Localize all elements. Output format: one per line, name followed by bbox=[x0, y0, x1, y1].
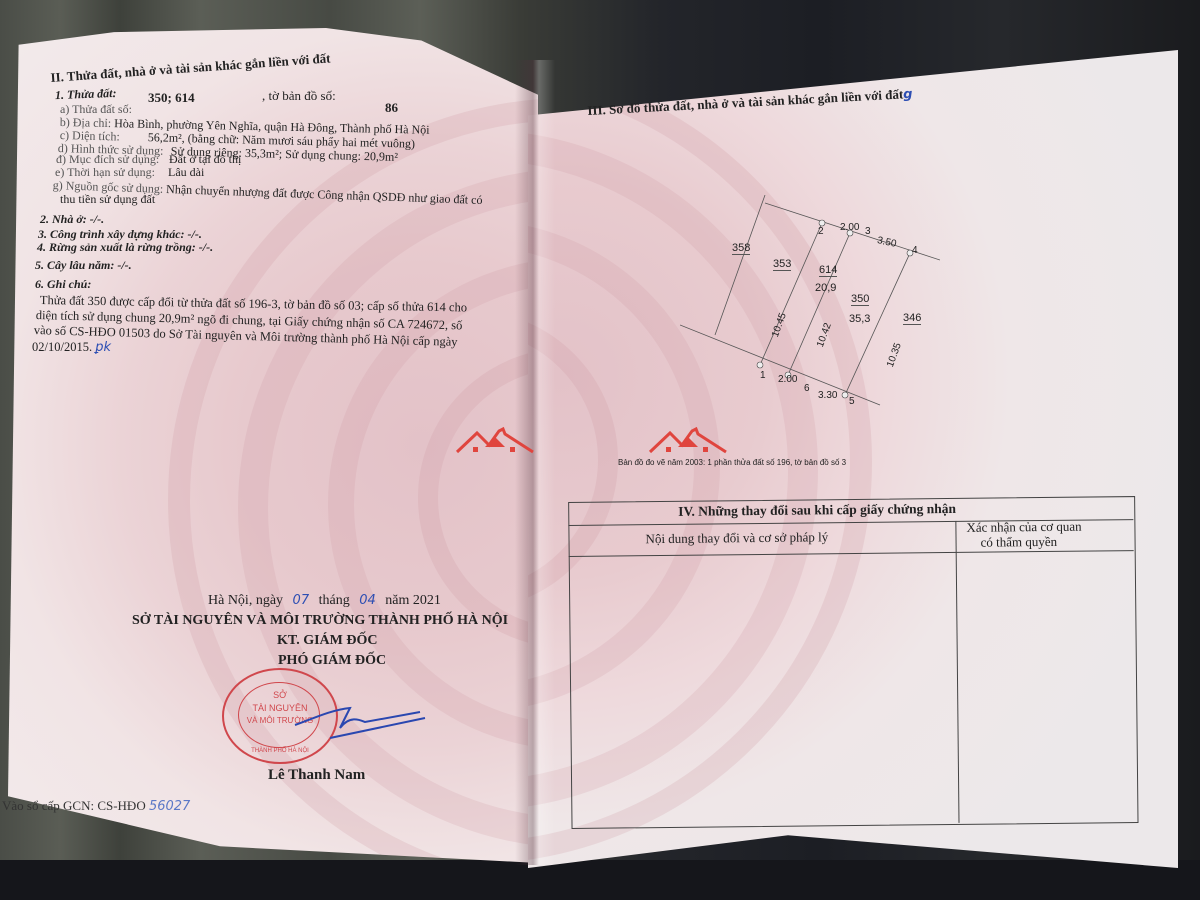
vertex-2-label: 2 bbox=[818, 226, 824, 237]
house-roof-logo-icon bbox=[455, 425, 535, 455]
edge-6-5-length: 3.30 bbox=[818, 390, 837, 401]
table-col1-header: Nội dung thay đổi và cơ sở pháp lý bbox=[645, 529, 828, 547]
parcel-350-label: 350 bbox=[851, 293, 869, 306]
stamp-bottom-text: THÀNH PHỐ HÀ NỘI bbox=[224, 748, 336, 754]
handwritten-initials: ꝑk bbox=[95, 340, 111, 355]
vertex-1-label: 1 bbox=[760, 370, 766, 381]
vertex-6-label: 6 bbox=[804, 383, 810, 394]
origin-value-2: thu tiền sử dụng đất bbox=[60, 192, 155, 207]
table-title: IV. Những thay đổi sau khi cấp giấy chứn… bbox=[678, 501, 956, 520]
background-floor bbox=[0, 860, 1200, 900]
parcel-614-area: 20,9 bbox=[815, 282, 836, 294]
registry-number: 56027 bbox=[149, 799, 190, 814]
date-month: 04 bbox=[359, 593, 376, 608]
note-date: 02/10/2015. bbox=[32, 340, 92, 354]
map-sheet-label: , tờ bản đồ số: bbox=[262, 88, 336, 104]
edge-2-3-length: 2.00 bbox=[840, 222, 859, 233]
parcel-value: 350; 614 bbox=[148, 90, 195, 106]
item6-notes-title: 6. Ghi chú: bbox=[35, 277, 91, 292]
item1-title: 1. Thửa đất: bbox=[55, 86, 117, 103]
note-line-4: 02/10/2015. ꝑk bbox=[32, 340, 111, 355]
term-value: Lâu dài bbox=[168, 165, 204, 179]
item2-house: 2. Nhà ở: -/-. bbox=[40, 212, 104, 227]
parcel-353-label: 353 bbox=[773, 258, 791, 271]
signer-name: Lê Thanh Nam bbox=[268, 767, 365, 784]
parcel-diagram bbox=[680, 195, 940, 435]
signer-title-1: KT. GIÁM ĐỐC bbox=[277, 633, 377, 649]
vertex-3-label: 3 bbox=[865, 226, 871, 237]
parcel-346-label: 346 bbox=[903, 312, 921, 325]
purpose-value: Đất ở tại đô thị bbox=[169, 152, 241, 166]
table-col2-header-2: có thẩm quyền bbox=[980, 534, 1057, 551]
signing-date-row: Hà Nội, ngày 07 tháng 04 năm 2021 bbox=[208, 593, 441, 609]
item4-planted-forest: 4. Rừng sản xuất là rừng trồng: -/-. bbox=[37, 240, 213, 255]
diagram-caption: Bản đồ đo vẽ năm 2003: 1 phần thửa đất s… bbox=[618, 458, 846, 467]
handwritten-mark: g bbox=[903, 87, 913, 102]
registry-row: Vào sổ cấp GCN: CS-HĐO 56027 bbox=[2, 798, 190, 814]
registry-label: Vào sổ cấp GCN: CS-HĐO bbox=[2, 798, 146, 813]
month-label: tháng bbox=[319, 593, 350, 608]
vertex-5-label: 5 bbox=[849, 396, 855, 407]
year-label: năm 2021 bbox=[385, 593, 441, 608]
signer-title-2: PHÓ GIÁM ĐỐC bbox=[278, 653, 386, 669]
map-sheet-value: 86 bbox=[385, 100, 398, 116]
edge-1-6-length: 2.00 bbox=[778, 374, 797, 385]
issuing-agency: SỞ TÀI NGUYÊN VÀ MÔI TRƯỜNG THÀNH PHỐ HÀ… bbox=[132, 613, 508, 629]
changes-table: IV. Những thay đổi sau khi cấp giấy chứn… bbox=[568, 484, 1142, 828]
parcel-350-area: 35,3 bbox=[849, 313, 870, 325]
item5-perennial-trees: 5. Cây lâu năm: -/-. bbox=[35, 258, 132, 273]
vertex-4-label: 4 bbox=[912, 245, 918, 256]
date-prefix: Hà Nội, ngày bbox=[208, 593, 283, 608]
stamp-line-1: SỞ bbox=[224, 690, 336, 700]
term-row: e) Thời hạn sử dụng: Lâu dài bbox=[55, 165, 204, 180]
signature bbox=[290, 700, 430, 740]
date-day: 07 bbox=[293, 593, 310, 608]
parcel-614-label: 614 bbox=[819, 264, 837, 277]
parcel-358-label: 358 bbox=[732, 242, 750, 255]
